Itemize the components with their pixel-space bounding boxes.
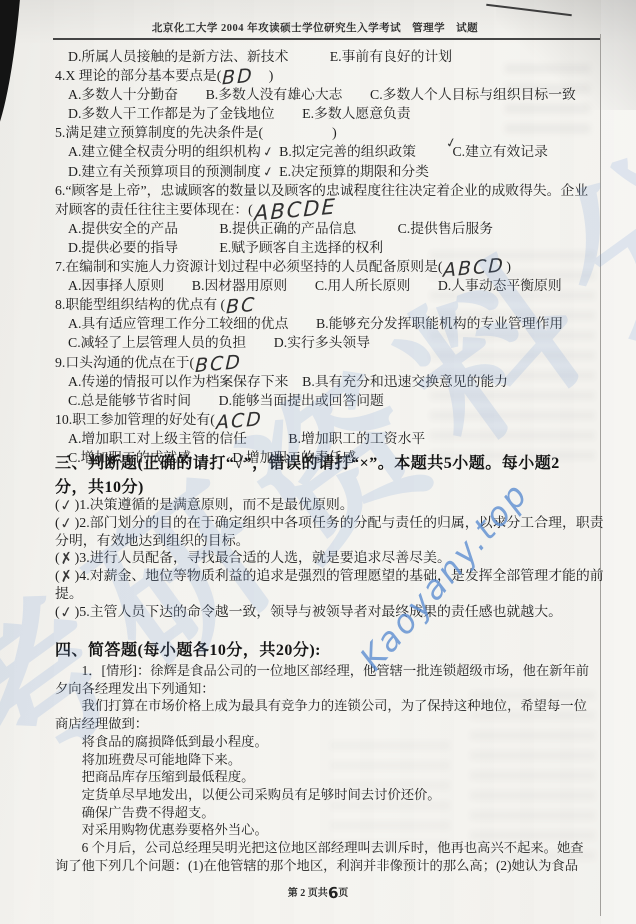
case-line: 对采用购物优惠券要格外当心。 bbox=[55, 821, 615, 839]
q9-stem: 9.口头沟通的优点在于(BCD bbox=[55, 353, 615, 372]
q5-options-abc: A.建立健全权责分明的组织机构✓ B.拟定完善的组织政策 ✓C.建立有效记录 bbox=[55, 142, 615, 161]
q6-options-abc: A.提供安全的产品 B.提供正确的产品信息 C.提供售后服务 bbox=[55, 219, 615, 238]
option-text: A.具有适应管理工作分工较细的优点 B.能够充分发挥职能机构的专业管理作用 bbox=[68, 316, 563, 331]
case-line: 将食品的腐损降低到最小程度。 bbox=[55, 733, 615, 751]
check-mark-icon: ✓ bbox=[263, 152, 274, 154]
judgment-item-2-wrap: 分明，有效地达到组织的目标。 bbox=[55, 533, 615, 551]
handwritten-answer-q6: ABCDE bbox=[254, 206, 337, 213]
stem-text: 10.职工参加管理的好处有( bbox=[55, 412, 215, 427]
handwritten-answer-q9: BCD bbox=[195, 361, 242, 365]
q10-stem: 10.职工参加管理的好处有(ACD bbox=[55, 410, 615, 429]
judgment-section: (✓)1.决策遵循的是满意原则，而不是最优原则。 (✓)2.部门划分的目的在于确… bbox=[55, 497, 615, 622]
judgment-text: 4.对薪金、地位等物质利益的追求是强烈的管理愿望的基础，是发挥全部管理才能的前 bbox=[79, 569, 603, 584]
short-answer-section: 1．[情形]：徐辉是食品公司的一位地区部经理，他管辖一批连锁超级市场，他在新年前… bbox=[55, 662, 615, 874]
section-title-line2: 分，共10分) bbox=[55, 476, 615, 500]
handwritten-answer-q8: BC bbox=[226, 305, 256, 308]
q10-options-ab: A.增加职工对上级主管的信任 B.增加职工的工资水平 bbox=[55, 429, 615, 448]
option-text: A.多数人十分勤奋 B.多数人没有雄心大志 C.多数人个人目标与组织目标一致 bbox=[68, 87, 576, 102]
option-text: C.减轻了上层管理人员的负担 D.实行多头领导 bbox=[68, 335, 370, 350]
case-line: 我们打算在市场价格上成为最具有竞争力的连锁公司，为了保持这种地位，希望每一位 bbox=[55, 697, 615, 715]
check-mark-icon: ✓ bbox=[60, 504, 75, 507]
q5-options-de: D.建立有关预算项目的预测制度✓ E.决定预算的期限和分类 bbox=[55, 162, 615, 181]
case-line: 把商品库存压缩到最低程度。 bbox=[55, 768, 615, 786]
judgment-item-1: (✓)1.决策遵循的是满意原则，而不是最优原则。 bbox=[55, 497, 615, 515]
stem-text: 8.职能型组织结构的优点有 ( bbox=[55, 297, 225, 312]
case-line: 6 个月后，公司总经理吴明光把这位地区部经理叫去训斥时，他再也高兴不起来。她查 bbox=[55, 839, 615, 857]
section-title-line1: 三、判断题(正确的请打“√”，错误的请打“×”。本题共5小题。每小题2 bbox=[55, 452, 615, 476]
option-text: A.增加职工对上级主管的信任 B.增加职工的工资水平 bbox=[68, 431, 425, 446]
case-line: 询了他下列几个问题：(1)在他管辖的那个地区，利润并非像预计的那么高；(2)她认… bbox=[55, 857, 615, 875]
short-answer-section-title: 四、简答题(每小题各10分，共20分): bbox=[55, 637, 615, 660]
q9-options-ab: A.传递的情报可以作为档案保存下来 B.具有充分和迅速交换意见的能力 bbox=[55, 372, 615, 391]
judgment-item-4-wrap: 提。 bbox=[55, 586, 615, 604]
case-line: 确保广告费不得超支。 bbox=[55, 804, 615, 822]
option-text: D.提供必要的指导 E.赋予顾客自主选择的权利 bbox=[68, 240, 383, 255]
option-text: C.总是能够节省时间 D.能够当面提出或回答问题 bbox=[68, 393, 384, 408]
judgment-text: 分明，有效地达到组织的目标。 bbox=[55, 534, 249, 549]
judgment-item-4: (✗)4.对薪金、地位等物质利益的追求是强烈的管理愿望的基础，是发挥全部管理才能… bbox=[55, 568, 615, 586]
stem-text: ) bbox=[506, 259, 511, 274]
q3-options-de: D.所属人员接触的是新方法、新技术 E.事前有良好的计划 bbox=[55, 47, 615, 66]
q5-stem: 5.满足建立预算制度的先决条件是( ) bbox=[55, 123, 615, 142]
cross-mark-icon: ✗ bbox=[60, 575, 75, 578]
option-text: A.传递的情报可以作为档案保存下来 B.具有充分和迅速交换意见的能力 bbox=[68, 374, 508, 389]
q6-stem-line2: 对顾客的责任往往主要体现在：(ABCDE bbox=[55, 200, 615, 219]
cross-mark-icon: ✗ bbox=[60, 557, 75, 560]
judgment-text: 3.进行人员配备，寻找最合适的人选，就是要追求尽善尽美。 bbox=[79, 551, 451, 566]
check-mark-icon: ✓ bbox=[60, 521, 75, 524]
option-text: A.建立健全权责分明的组织机构 bbox=[68, 144, 261, 159]
option-text: D.建立有关预算项目的预测制度 bbox=[68, 164, 261, 179]
option-text: E.决定预算的期限和分类 bbox=[276, 164, 429, 179]
q8-stem: 8.职能型组织结构的优点有 (BC bbox=[55, 295, 615, 314]
q6-options-de: D.提供必要的指导 E.赋予顾客自主选择的权利 bbox=[55, 238, 615, 257]
q8-options-cd: C.减轻了上层管理人员的负担 D.实行多头领导 bbox=[55, 333, 615, 352]
case-line: 1．[情形]：徐辉是食品公司的一位地区部经理，他管辖一批连锁超级市场，他在新年前 bbox=[55, 662, 615, 680]
handwritten-answer-q7: ABCD bbox=[444, 265, 506, 270]
q7-options: A.因事择人原则 B.因材器用原则 C.用人所长原则 D.人事动态平衡原则 bbox=[55, 276, 615, 295]
q4-options-abc: A.多数人十分勤奋 B.多数人没有雄心大志 C.多数人个人目标与组织目标一致 bbox=[55, 85, 615, 104]
judgment-text: 2.部门划分的目的在于确定组织中各项任务的分配与责任的归属，以求分工合理，职责 bbox=[79, 516, 603, 531]
judgment-text: 1.决策遵循的是满意原则，而不是最优原则。 bbox=[79, 498, 353, 513]
judgment-section-title: 三、判断题(正确的请打“√”，错误的请打“×”。本题共5小题。每小题2 分，共1… bbox=[55, 452, 615, 499]
case-line: 定货单尽早地发出，以便公司采购员有足够时间去讨价还价。 bbox=[55, 786, 615, 804]
q4-stem: 4.X 理论的部分基本要点是(BD ) bbox=[55, 66, 615, 85]
option-text: B.拟定完善的组织政策 bbox=[276, 144, 444, 159]
judgment-text: 提。 bbox=[55, 587, 83, 602]
header-rule bbox=[53, 38, 600, 40]
judgment-item-5: (✓)5.主管人员下达的命令越一致，领导与被领导者对最终成果的责任感也就越大。 bbox=[55, 604, 615, 622]
footer-text: 页 bbox=[338, 888, 348, 899]
stem-text: 5.满足建立预算制度的先决条件是( ) bbox=[55, 125, 337, 140]
stem-text: 4.X 理论的部分基本要点是( bbox=[55, 68, 221, 83]
q7-stem: 7.在编制和实施人力资源计划过程中必须坚持的人员配备原则是(ABCD) bbox=[55, 257, 615, 276]
stem-text: 9.口头沟通的优点在于( bbox=[55, 355, 194, 370]
q9-options-cd: C.总是能够节省时间 D.能够当面提出或回答问题 bbox=[55, 391, 615, 410]
stem-text: 对顾客的责任往往主要体现在：( bbox=[55, 202, 253, 217]
exam-header-title: 北京化工大学 2004 年攻读硕士学位研究生入学考试 管理学 试题 bbox=[30, 20, 600, 35]
option-text: C.建立有效记录 bbox=[452, 144, 547, 159]
option-text: D.所属人员接触的是新方法、新技术 E.事前有良好的计划 bbox=[68, 49, 452, 64]
multiple-choice-section: D.所属人员接触的是新方法、新技术 E.事前有良好的计划 4.X 理论的部分基本… bbox=[55, 47, 615, 467]
stem-text: 7.在编制和实施人力资源计划过程中必须坚持的人员配备原则是( bbox=[55, 259, 442, 274]
check-mark-icon: ✓ bbox=[60, 610, 75, 613]
option-text: D.多数人干工作都是为了金钱地位 E.多数人愿意负责 bbox=[68, 106, 411, 121]
case-line: 夕向各经理发出下列通知： bbox=[55, 680, 615, 698]
footer-text: 第 2 页共 bbox=[288, 888, 328, 899]
q8-options-ab: A.具有适应管理工作分工较细的优点 B.能够充分发挥职能机构的专业管理作用 bbox=[55, 314, 615, 333]
handwritten-answer-q10: ACD bbox=[216, 419, 263, 423]
check-mark-icon: ✓ bbox=[263, 171, 274, 173]
page-footer: 第 2 页共6页 bbox=[0, 884, 636, 902]
case-line: 商店经理做到： bbox=[55, 715, 615, 733]
judgment-text: 5.主管人员下达的命令越一致，领导与被领导者对最终成果的责任感也就越大。 bbox=[79, 605, 562, 620]
check-mark-icon: ✓ bbox=[446, 143, 457, 145]
handwritten-page-total: 6 bbox=[327, 884, 339, 903]
q4-options-de: D.多数人干工作都是为了金钱地位 E.多数人愿意负责 bbox=[55, 104, 615, 123]
judgment-item-2: (✓)2.部门划分的目的在于确定组织中各项任务的分配与责任的归属，以求分工合理，… bbox=[55, 515, 615, 533]
option-text: A.因事择人原则 B.因材器用原则 C.用人所长原则 D.人事动态平衡原则 bbox=[68, 278, 562, 293]
case-line: 将加班费尽可能地降下来。 bbox=[55, 751, 615, 769]
judgment-item-3: (✗)3.进行人员配备，寻找最合适的人选，就是要追求尽善尽美。 bbox=[55, 550, 615, 568]
scanned-exam-page: 北京化工大学 2004 年攻读硕士学位研究生入学考试 管理学 试题 D.所属人员… bbox=[0, 0, 636, 924]
handwritten-answer-q4: BD bbox=[222, 76, 254, 79]
stem-text: ) bbox=[255, 68, 273, 83]
